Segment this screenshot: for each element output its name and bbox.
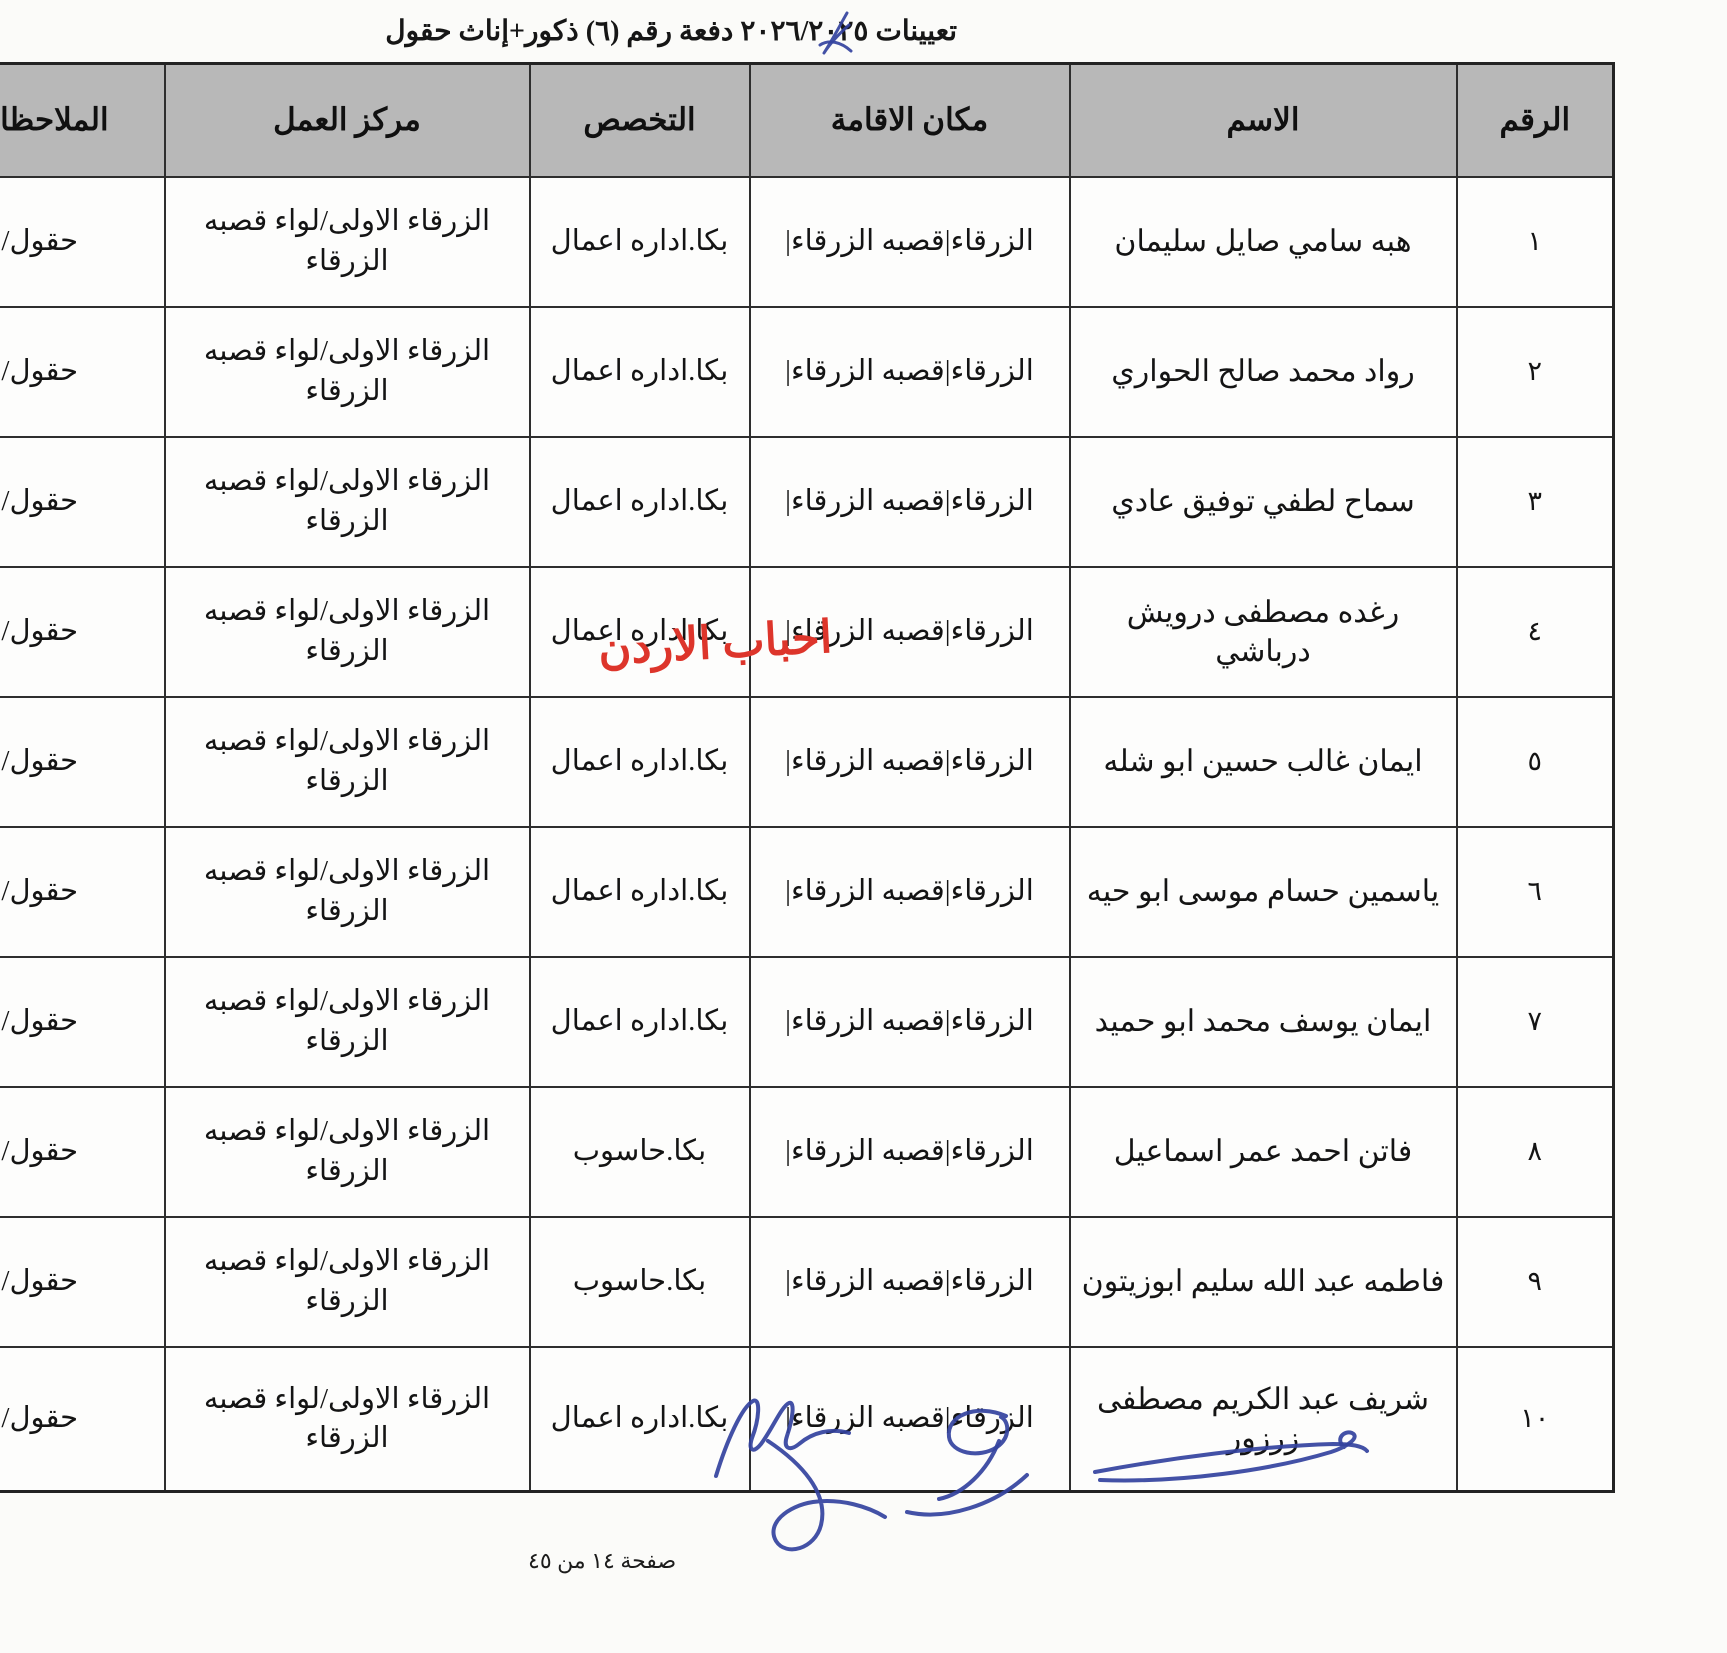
col-header-specialization: التخصص xyxy=(530,64,750,177)
col-header-number: الرقم xyxy=(1457,64,1614,177)
table-row: ٢ رواد محمد صالح الحواري الزرقاء|قصبه ال… xyxy=(0,307,1614,437)
cell-name: فاتن احمد عمر اسماعيل xyxy=(1070,1087,1457,1217)
cell-name: ايمان غالب حسين ابو شله xyxy=(1070,697,1457,827)
cell-work-center: الزرقاء الاولى/لواء قصبه الزرقاء xyxy=(165,697,530,827)
table-row: ٦ ياسمين حسام موسى ابو حيه الزرقاء|قصبه … xyxy=(0,827,1614,957)
cell-notes: حقول/ xyxy=(0,1217,165,1347)
table-row: ١٠ شريف عبد الكريم مصطفى زرزور الزرقاء|ق… xyxy=(0,1347,1614,1492)
cell-specialization: بكا.اداره اعمال xyxy=(530,307,750,437)
cell-work-center: الزرقاء الاولى/لواء قصبه الزرقاء xyxy=(165,1217,530,1347)
cell-work-center: الزرقاء الاولى/لواء قصبه الزرقاء xyxy=(165,957,530,1087)
cell-name: ياسمين حسام موسى ابو حيه xyxy=(1070,827,1457,957)
cell-row-number: ٤ xyxy=(1457,567,1614,697)
cell-row-number: ٣ xyxy=(1457,437,1614,567)
cell-notes: حقول/ xyxy=(0,697,165,827)
cell-name: هبه سامي صايل سليمان xyxy=(1070,177,1457,307)
scanned-document-page: { "document": { "title": "تعيينات ٢٠٢٦/٢… xyxy=(0,0,1727,1653)
cell-specialization: بكا.حاسوب xyxy=(530,1217,750,1347)
cell-work-center: الزرقاء الاولى/لواء قصبه الزرقاء xyxy=(165,437,530,567)
table-row: ١ هبه سامي صايل سليمان الزرقاء|قصبه الزر… xyxy=(0,177,1614,307)
cell-residence: الزرقاء|قصبه الزرقاء| xyxy=(750,1217,1070,1347)
cell-residence: الزرقاء|قصبه الزرقاء| xyxy=(750,957,1070,1087)
cell-work-center: الزرقاء الاولى/لواء قصبه الزرقاء xyxy=(165,177,530,307)
cell-row-number: ٦ xyxy=(1457,827,1614,957)
cell-name: ايمان يوسف محمد ابو حميد xyxy=(1070,957,1457,1087)
cell-specialization: بكا.اداره اعمال xyxy=(530,1347,750,1492)
cell-notes: حقول/ xyxy=(0,567,165,697)
table-row: ٩ فاطمه عبد الله سليم ابوزيتون الزرقاء|ق… xyxy=(0,1217,1614,1347)
col-header-residence: مكان الاقامة xyxy=(750,64,1070,177)
cell-specialization: بكا.اداره اعمال xyxy=(530,437,750,567)
cell-name: رغده مصطفى درويش درباشي xyxy=(1070,567,1457,697)
cell-row-number: ١ xyxy=(1457,177,1614,307)
cell-work-center: الزرقاء الاولى/لواء قصبه الزرقاء xyxy=(165,1347,530,1492)
table-row: ٣ سماح لطفي توفيق عادي الزرقاء|قصبه الزر… xyxy=(0,437,1614,567)
cell-specialization: بكا.اداره اعمال xyxy=(530,177,750,307)
cell-work-center: الزرقاء الاولى/لواء قصبه الزرقاء xyxy=(165,827,530,957)
cell-work-center: الزرقاء الاولى/لواء قصبه الزرقاء xyxy=(165,567,530,697)
cell-residence: الزرقاء|قصبه الزرقاء| xyxy=(750,827,1070,957)
col-header-notes: الملاحظات xyxy=(0,64,165,177)
cell-notes: حقول/ xyxy=(0,307,165,437)
appointments-table: الرقم الاسم مكان الاقامة التخصص مركز الع… xyxy=(0,62,1615,1493)
cell-specialization: بكا.اداره اعمال xyxy=(530,827,750,957)
cell-work-center: الزرقاء الاولى/لواء قصبه الزرقاء xyxy=(165,307,530,437)
col-header-work-center: مركز العمل xyxy=(165,64,530,177)
table-row: ٧ ايمان يوسف محمد ابو حميد الزرقاء|قصبه … xyxy=(0,957,1614,1087)
cell-notes: حقول/ xyxy=(0,827,165,957)
cell-notes: حقول/ xyxy=(0,177,165,307)
cell-notes: حقول/ xyxy=(0,437,165,567)
cell-residence: الزرقاء|قصبه الزرقاء| xyxy=(750,1087,1070,1217)
cell-notes: حقول/ xyxy=(0,957,165,1087)
cell-name: فاطمه عبد الله سليم ابوزيتون xyxy=(1070,1217,1457,1347)
cell-residence: الزرقاء|قصبه الزرقاء| xyxy=(750,437,1070,567)
cell-row-number: ٩ xyxy=(1457,1217,1614,1347)
cell-notes: حقول/ xyxy=(0,1347,165,1492)
cell-row-number: ١٠ xyxy=(1457,1347,1614,1492)
page-number-footer: صفحة ١٤ من ٤٥ xyxy=(528,1548,676,1574)
cell-row-number: ٧ xyxy=(1457,957,1614,1087)
cell-name: شريف عبد الكريم مصطفى زرزور xyxy=(1070,1347,1457,1492)
cell-specialization: بكا.حاسوب xyxy=(530,1087,750,1217)
table-row: ٥ ايمان غالب حسين ابو شله الزرقاء|قصبه ا… xyxy=(0,697,1614,827)
cell-specialization: بكا.اداره اعمال xyxy=(530,697,750,827)
cell-name: رواد محمد صالح الحواري xyxy=(1070,307,1457,437)
cell-row-number: ٢ xyxy=(1457,307,1614,437)
cell-residence: الزرقاء|قصبه الزرقاء| xyxy=(750,307,1070,437)
cell-residence: الزرقاء|قصبه الزرقاء| xyxy=(750,697,1070,827)
cell-specialization: بكا.اداره اعمال xyxy=(530,957,750,1087)
table-row: ٨ فاتن احمد عمر اسماعيل الزرقاء|قصبه الز… xyxy=(0,1087,1614,1217)
table-header-row: الرقم الاسم مكان الاقامة التخصص مركز الع… xyxy=(0,64,1614,177)
document-title: تعيينات ٢٠٢٦/٢٠٢٥ دفعة رقم (٦) ذكور+إناث… xyxy=(385,14,957,48)
cell-residence: الزرقاء|قصبه الزرقاء| xyxy=(750,177,1070,307)
cell-notes: حقول/ xyxy=(0,1087,165,1217)
cell-residence: الزرقاء|قصبه الزرقاء| xyxy=(750,1347,1070,1492)
col-header-name: الاسم xyxy=(1070,64,1457,177)
cell-row-number: ٨ xyxy=(1457,1087,1614,1217)
cell-name: سماح لطفي توفيق عادي xyxy=(1070,437,1457,567)
cell-work-center: الزرقاء الاولى/لواء قصبه الزرقاء xyxy=(165,1087,530,1217)
cell-row-number: ٥ xyxy=(1457,697,1614,827)
